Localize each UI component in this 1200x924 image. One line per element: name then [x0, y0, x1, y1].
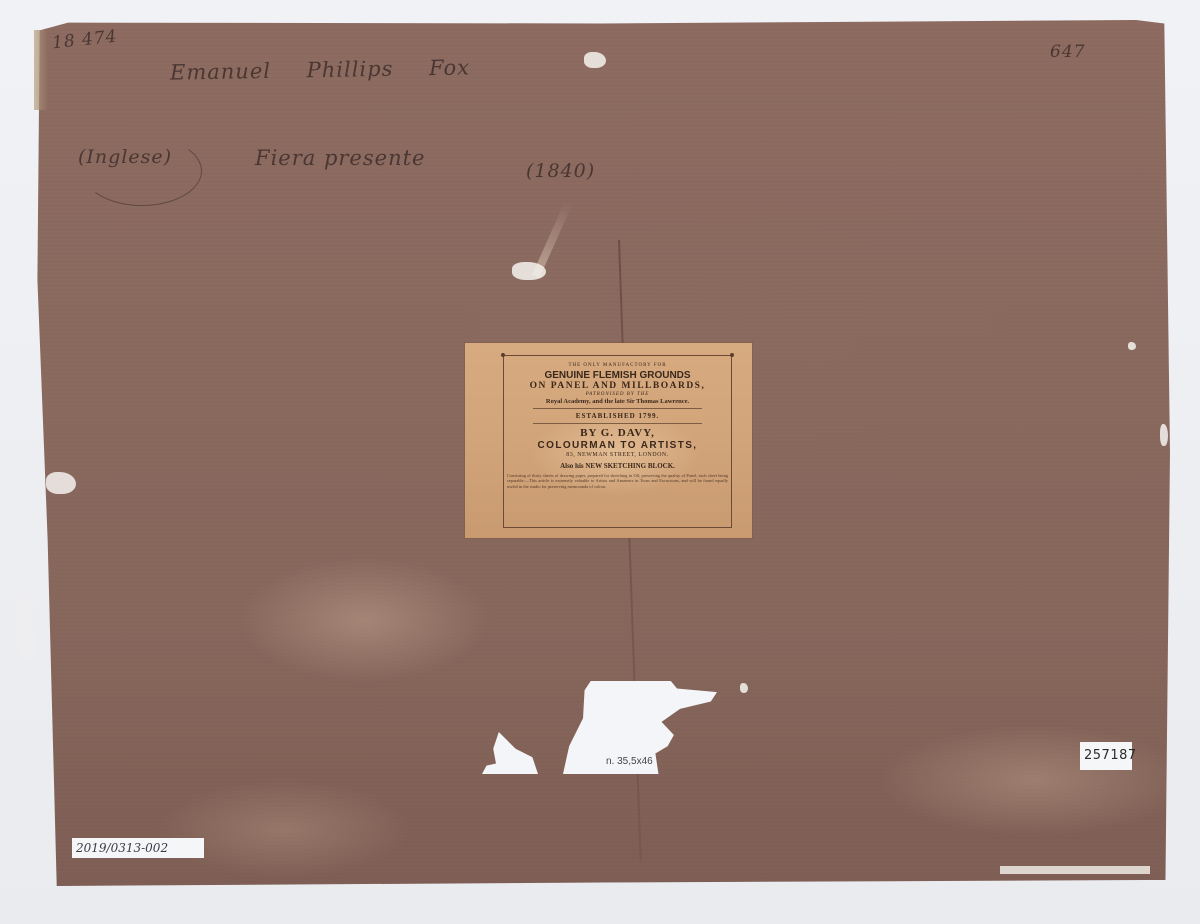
paint-loss: [512, 262, 546, 280]
label-text-block: THE ONLY MANUFACTORY FOR GENUINE FLEMISH…: [505, 363, 730, 490]
label-line-established: ESTABLISHED 1799.: [505, 412, 730, 420]
paint-loss: [584, 52, 606, 68]
colourman-label: THE ONLY MANUFACTORY FOR GENUINE FLEMISH…: [465, 343, 752, 538]
label-line-millboards: ON PANEL AND MILLBOARDS,: [505, 381, 730, 392]
label-line-davy: BY G. DAVY,: [505, 427, 730, 440]
label-fine-print: Consisting of thirty sheets of drawing p…: [505, 473, 730, 490]
label-line-royal-academy: Royal Academy, and the late Sir Thomas L…: [505, 398, 730, 405]
paint-loss: [1160, 424, 1168, 446]
handwritten-year: (1840): [526, 160, 595, 182]
label-line-manufactory: THE ONLY MANUFACTORY FOR: [505, 363, 730, 369]
worn-board-edge: [34, 30, 48, 110]
label-line-sketching-block: Also his NEW SKETCHING BLOCK.: [505, 462, 730, 470]
handwritten-title: Fiera presente: [255, 146, 425, 170]
paint-loss: [1128, 342, 1136, 350]
edge-chip: [1000, 866, 1150, 874]
label-line-grounds: GENUINE FLEMISH GROUNDS: [505, 370, 730, 382]
handwritten-number: 647: [1050, 42, 1085, 62]
label-line-address: 83, NEWMAN STREET, LONDON.: [505, 452, 730, 459]
catalogue-number-tag: 2019/0313-002: [72, 838, 204, 858]
paint-loss: [46, 472, 76, 494]
label-divider: [533, 408, 702, 409]
label-line-colourman: COLOURMAN TO ARTISTS,: [505, 440, 730, 452]
handwritten-nationality: (Inglese): [78, 146, 172, 168]
label-divider: [533, 423, 702, 424]
paint-loss: [740, 683, 748, 693]
inventory-sticker: 257187: [1080, 742, 1132, 770]
torn-label-dimensions: n. 35,5x46: [606, 756, 653, 767]
